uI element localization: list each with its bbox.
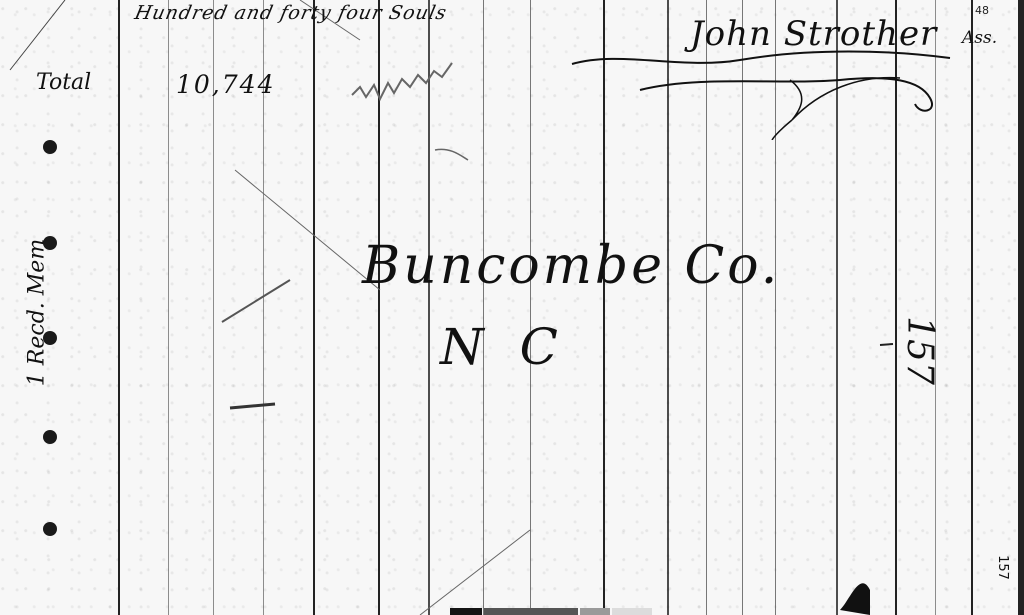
calibration-swatch-light [612, 608, 652, 615]
punch-hole [43, 522, 57, 536]
punch-hole [43, 236, 57, 250]
faint-scribble [330, 55, 470, 165]
top-right-number: 48 [975, 4, 989, 17]
punch-hole [43, 140, 57, 154]
punch-hole [43, 430, 57, 444]
county-name: Buncombe Co. [362, 236, 780, 296]
signature-suffix: Ass. [962, 28, 997, 48]
page-number-handwritten: 157 [899, 316, 940, 385]
signature: John Strother [690, 14, 937, 54]
total-label: Total [36, 70, 91, 95]
state-abbreviation: N C [440, 318, 568, 376]
calibration-swatch-mid [580, 608, 610, 615]
page-number-stamped: 157 [995, 555, 1010, 580]
souls-count-line: Hundred and forty four Souls [133, 2, 449, 24]
total-value: 10,744 [176, 70, 275, 99]
punch-hole [43, 331, 57, 345]
scanned-document-page: Hundred and forty four Souls Total 10,74… [0, 0, 1024, 615]
calibration-swatch-black [450, 608, 482, 615]
calibration-swatch-dark [484, 608, 578, 615]
side-note: 1 Recd. Mem [25, 188, 50, 438]
